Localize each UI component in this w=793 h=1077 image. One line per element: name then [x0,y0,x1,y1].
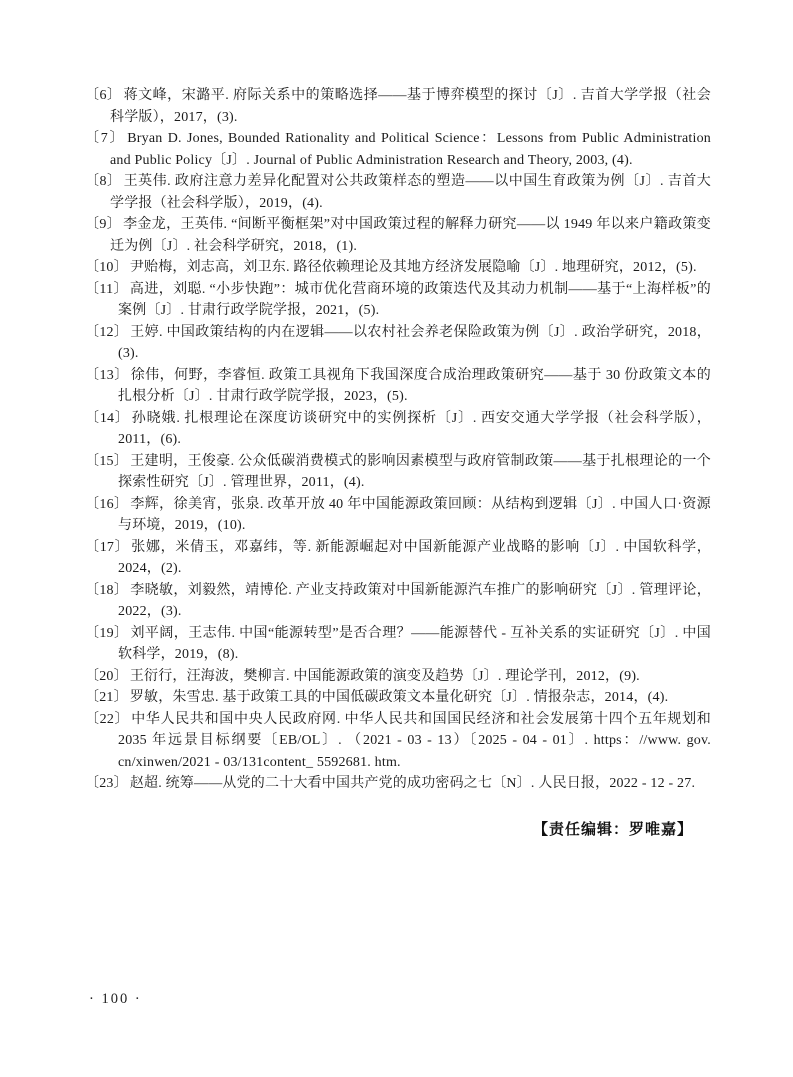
reference-item: 〔12〕王婷. 中国政策结构的内在逻辑——以农村社会养老保险政策为例〔J〕. 政… [85,322,711,365]
page-number: · 100 · [89,991,142,1008]
reference-text: 王英伟. 政府注意力差异化配置对公共政策样态的塑造——以中国生育政策为例〔J〕.… [110,174,711,211]
reference-label: 〔20〕 [85,669,128,684]
reference-item: 〔19〕刘平阔，王志伟. 中国“能源转型”是否合理？——能源替代 - 互补关系的… [85,623,711,666]
reference-text: 王建明，王俊豪. 公众低碳消费模式的影响因素模型与政府管制政策——基于扎根理论的… [118,454,711,491]
reference-label: 〔17〕 [85,540,129,555]
reference-item: 〔8〕王英伟. 政府注意力差异化配置对公共政策样态的塑造——以中国生育政策为例〔… [85,171,711,214]
reference-text: 孙晓娥. 扎根理论在深度访谈研究中的实例探析〔J〕. 西安交通大学学报（社会科学… [118,411,711,448]
reference-item: 〔16〕李辉，徐美宵，张泉. 改革开放 40 年中国能源政策回顾：从结构到逻辑〔… [85,494,711,537]
reference-text: 李金龙，王英伟. “间断平衡框架”对中国政策过程的解释力研究——以 1949 年… [110,217,711,254]
reference-text: 蒋文峰，宋潞平. 府际关系中的策略选择——基于博弈模型的探讨〔J〕. 吉首大学学… [110,88,711,125]
reference-text: 尹贻梅，刘志高，刘卫东. 路径依赖理论及其地方经济发展隐喻〔J〕. 地理研究，2… [130,260,697,275]
reference-label: 〔8〕 [85,174,122,189]
reference-label: 〔10〕 [85,260,128,275]
reference-text: Bryan D. Jones, Bounded Rationality and … [110,131,711,168]
page-content: 〔6〕蒋文峰，宋潞平. 府际关系中的策略选择——基于博弈模型的探讨〔J〕. 吉首… [85,85,711,839]
reference-item: 〔9〕李金龙，王英伟. “间断平衡框架”对中国政策过程的解释力研究——以 194… [85,214,711,257]
reference-item: 〔15〕王建明，王俊豪. 公众低碳消费模式的影响因素模型与政府管制政策——基于扎… [85,451,711,494]
reference-label: 〔7〕 [85,131,125,146]
reference-label: 〔11〕 [85,282,128,297]
reference-label: 〔23〕 [85,776,128,791]
reference-item: 〔10〕尹贻梅，刘志高，刘卫东. 路径依赖理论及其地方经济发展隐喻〔J〕. 地理… [85,257,711,279]
reference-item: 〔20〕王衍行，汪海波，樊柳言. 中国能源政策的演变及趋势〔J〕. 理论学刊，2… [85,666,711,688]
reference-list: 〔6〕蒋文峰，宋潞平. 府际关系中的策略选择——基于博弈模型的探讨〔J〕. 吉首… [85,85,711,795]
reference-item: 〔23〕赵超. 统筹——从党的二十大看中国共产党的成功密码之七〔N〕. 人民日报… [85,773,711,795]
document-page: 〔6〕蒋文峰，宋潞平. 府际关系中的策略选择——基于博弈模型的探讨〔J〕. 吉首… [0,0,793,1077]
reference-item: 〔14〕孙晓娥. 扎根理论在深度访谈研究中的实例探析〔J〕. 西安交通大学学报（… [85,408,711,451]
reference-label: 〔12〕 [85,325,128,340]
reference-label: 〔14〕 [85,411,130,426]
reference-item: 〔13〕徐伟，何野，李睿恒. 政策工具视角下我国深度合成治理政策研究——基于 3… [85,365,711,408]
reference-text: 中华人民共和国中央人民政府网. 中华人民共和国国民经济和社会发展第十四个五年规划… [118,712,711,770]
reference-label: 〔13〕 [85,368,129,383]
reference-text: 王婷. 中国政策结构的内在逻辑——以农村社会养老保险政策为例〔J〕. 政治学研究… [118,325,711,362]
responsible-editor-line: 【责任编辑：罗唯嘉】 [85,818,711,839]
reference-label: 〔9〕 [85,217,121,232]
reference-item: 〔7〕Bryan D. Jones, Bounded Rationality a… [85,128,711,171]
reference-label: 〔19〕 [85,626,128,641]
reference-text: 李晓敏，刘毅然，靖博伦. 产业支持政策对中国新能源汽车推广的影响研究〔J〕. 管… [118,583,711,620]
reference-item: 〔18〕李晓敏，刘毅然，靖博伦. 产业支持政策对中国新能源汽车推广的影响研究〔J… [85,580,711,623]
reference-item: 〔21〕罗敏，朱雪忠. 基于政策工具的中国低碳政策文本量化研究〔J〕. 情报杂志… [85,687,711,709]
reference-text: 徐伟，何野，李睿恒. 政策工具视角下我国深度合成治理政策研究——基于 30 份政… [118,368,711,405]
reference-label: 〔6〕 [85,88,122,103]
reference-item: 〔11〕高进，刘聪. “小步快跑”：城市优化营商环境的政策迭代及其动力机制——基… [85,279,711,322]
reference-label: 〔18〕 [85,583,128,598]
reference-text: 高进，刘聪. “小步快跑”：城市优化营商环境的政策迭代及其动力机制——基于“上海… [118,282,711,319]
reference-label: 〔21〕 [85,690,128,705]
reference-label: 〔16〕 [85,497,128,512]
reference-text: 罗敏，朱雪忠. 基于政策工具的中国低碳政策文本量化研究〔J〕. 情报杂志，201… [130,690,668,705]
reference-item: 〔17〕张娜，米倩玉，邓嘉纬，等. 新能源崛起对中国新能源产业战略的影响〔J〕.… [85,537,711,580]
reference-label: 〔15〕 [85,454,128,469]
reference-text: 刘平阔，王志伟. 中国“能源转型”是否合理？——能源替代 - 互补关系的实证研究… [118,626,711,663]
reference-item: 〔22〕中华人民共和国中央人民政府网. 中华人民共和国国民经济和社会发展第十四个… [85,709,711,774]
reference-text: 李辉，徐美宵，张泉. 改革开放 40 年中国能源政策回顾：从结构到逻辑〔J〕. … [118,497,711,534]
reference-label: 〔22〕 [85,712,129,727]
reference-text: 张娜，米倩玉，邓嘉纬，等. 新能源崛起对中国新能源产业战略的影响〔J〕. 中国软… [118,540,711,577]
reference-text: 赵超. 统筹——从党的二十大看中国共产党的成功密码之七〔N〕. 人民日报，202… [130,776,695,791]
reference-text: 王衍行，汪海波，樊柳言. 中国能源政策的演变及趋势〔J〕. 理论学刊，2012，… [130,669,640,684]
reference-item: 〔6〕蒋文峰，宋潞平. 府际关系中的策略选择——基于博弈模型的探讨〔J〕. 吉首… [85,85,711,128]
